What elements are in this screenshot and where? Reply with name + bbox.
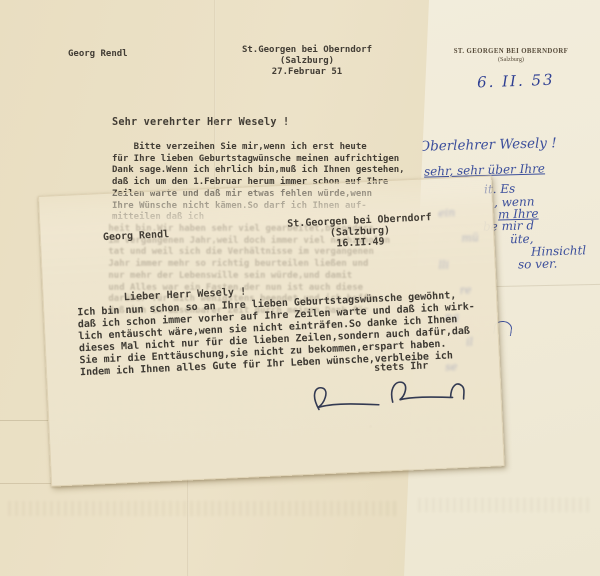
letter-1951-place-line2: (Salzburg) [237, 56, 377, 67]
letter-1951-sender: Georg Rendl [68, 49, 128, 59]
show-through-mark: ein [438, 206, 456, 220]
paper-edge [0, 420, 55, 421]
show-through-mark: lli [438, 258, 449, 271]
photo-stacked-letters: Georg Rendl St.Georgen bei Oberndorf (Sa… [0, 0, 600, 576]
letterhead-line2: (Salzburg) [436, 56, 586, 63]
letter-1949-place-date: St.Georgen bei Oberndorf (Salzburg) 16.I… [286, 212, 433, 252]
show-through-mark: se [445, 360, 458, 374]
printed-letterhead: ST. GEORGEN BEI OBERNDORF (Salzburg) [436, 48, 586, 63]
show-through-smudge [8, 501, 398, 516]
letter-1951-date: 27.Februar 51 [237, 67, 377, 78]
show-through-smudge [418, 498, 593, 512]
signature-georg-rendl [304, 372, 478, 426]
letterhead-line1: ST. GEORGEN BEI OBERNDORF [436, 48, 586, 55]
show-through-mark: mü [461, 231, 479, 245]
letter-1951-place-date: St.Georgen bei Oberndorf (Salzburg) 27.F… [237, 45, 377, 79]
paper-fold-crease [492, 284, 600, 287]
letter-1951-place-line1: St.Georgen bei Oberndorf [237, 45, 377, 56]
paper-fold-crease [187, 466, 189, 576]
letter-1951-salutation: Sehr verehrter Herr Wesely ! [112, 117, 289, 128]
handwriting-fragment: Oberlehrer Wesely ! [419, 135, 557, 155]
handwriting-fragment: so ver. [518, 256, 558, 271]
letter-1949-closing: stets Ihr [374, 360, 429, 373]
paper-fold-crease [214, 0, 216, 196]
letter-1949-sheet: heit bin.Wir haben sehr viel gearbeitet,… [38, 175, 505, 486]
handwritten-date: 6. II. 53 [477, 71, 555, 92]
paper-edge [0, 483, 56, 484]
